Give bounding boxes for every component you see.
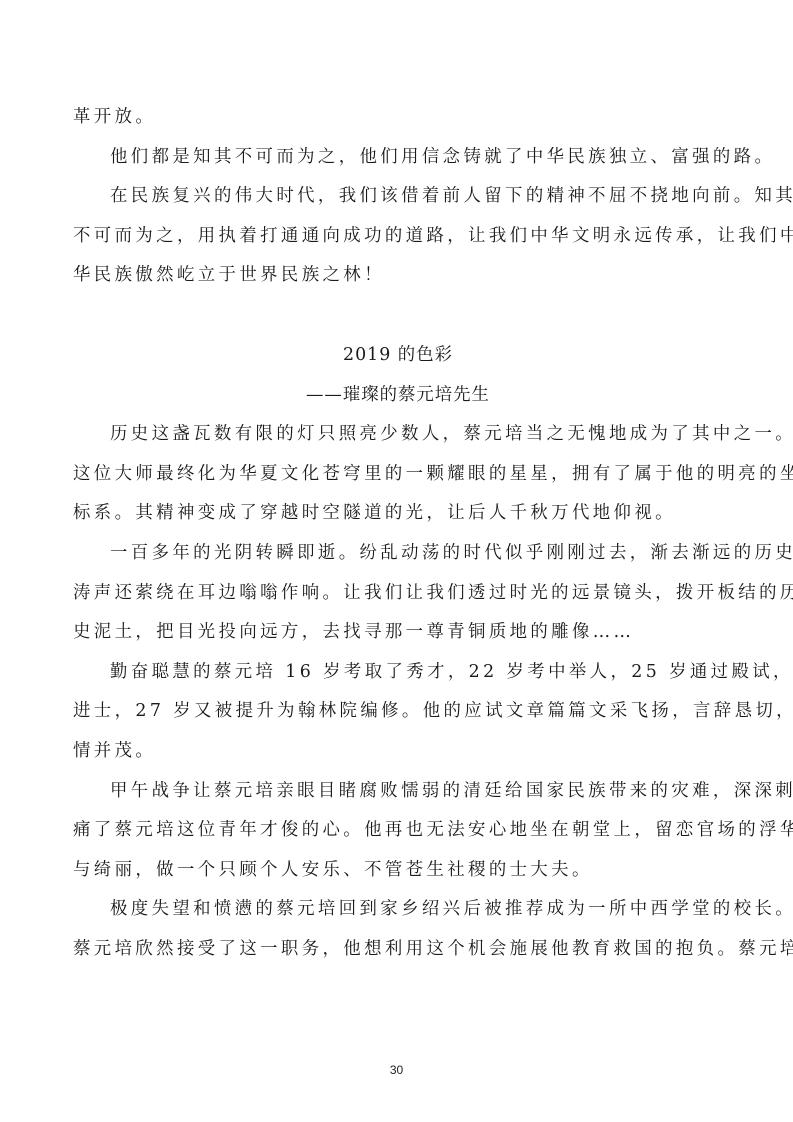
text-line: 革开放。 [73,98,723,138]
text-line: 一百多年的光阴转瞬即逝。纷乱动荡的时代似乎刚刚过去，渐去渐远的历史 [73,534,723,574]
text-line: 在民族复兴的伟大时代，我们该借着前人留下的精神不屈不挠地向前。知其 [73,177,723,217]
text-line: 华民族傲然屹立于世界民族之林！ [73,256,723,296]
text-line: 与绮丽，做一个只顾个人安乐、不管苍生社稷的士大夫。 [73,851,723,891]
essay-title: 2019 的色彩 [73,336,723,376]
text-line: 极度失望和愤懑的蔡元培回到家乡绍兴后被推荐成为一所中西学堂的校长。 [73,890,723,930]
text-line: 勤奋聪慧的蔡元培 16 岁考取了秀才，22 岁考中举人，25 岁通过殿试，成为 [73,653,723,693]
text-line: 历史这盏瓦数有限的灯只照亮少数人，蔡元培当之无愧地成为了其中之一。 [73,415,723,455]
text-line: 涛声还萦绕在耳边嗡嗡作响。让我们让我们透过时光的远景镜头，拨开板结的历 [73,574,723,614]
text-line: 甲午战争让蔡元培亲眼目睹腐败懦弱的清廷给国家民族带来的灾难，深深刺 [73,772,723,812]
essay-subtitle: ——璀璨的蔡元培先生 [73,376,723,416]
text-line: 痛了蔡元培这位青年才俊的心。他再也无法安心地坐在朝堂上，留恋官场的浮华 [73,811,723,851]
text-line: 这位大师最终化为华夏文化苍穹里的一颗耀眼的星星，拥有了属于他的明亮的坐 [73,455,723,495]
text-line: 蔡元培欣然接受了这一职务，他想利用这个机会施展他教育救国的抱负。蔡元培 [73,930,723,970]
text-line: 标系。其精神变成了穿越时空隧道的光，让后人千秋万代地仰视。 [73,494,723,534]
text-line: 史泥土，把目光投向远方，去找寻那一尊青铜质地的雕像…… [73,613,723,653]
page-number: 30 [0,1063,793,1077]
document-page: 革开放。 他们都是知其不可而为之，他们用信念铸就了中华民族独立、富强的路。 在民… [73,98,723,969]
text-line: 进士，27 岁又被提升为翰林院编修。他的应试文章篇篇文采飞扬，言辞恳切，声 [73,692,723,732]
text-line: 他们都是知其不可而为之，他们用信念铸就了中华民族独立、富强的路。 [73,138,723,178]
section-spacer [73,296,723,336]
text-line: 不可而为之，用执着打通通向成功的道路，让我们中华文明永远传承，让我们中 [73,217,723,257]
text-line: 情并茂。 [73,732,723,772]
